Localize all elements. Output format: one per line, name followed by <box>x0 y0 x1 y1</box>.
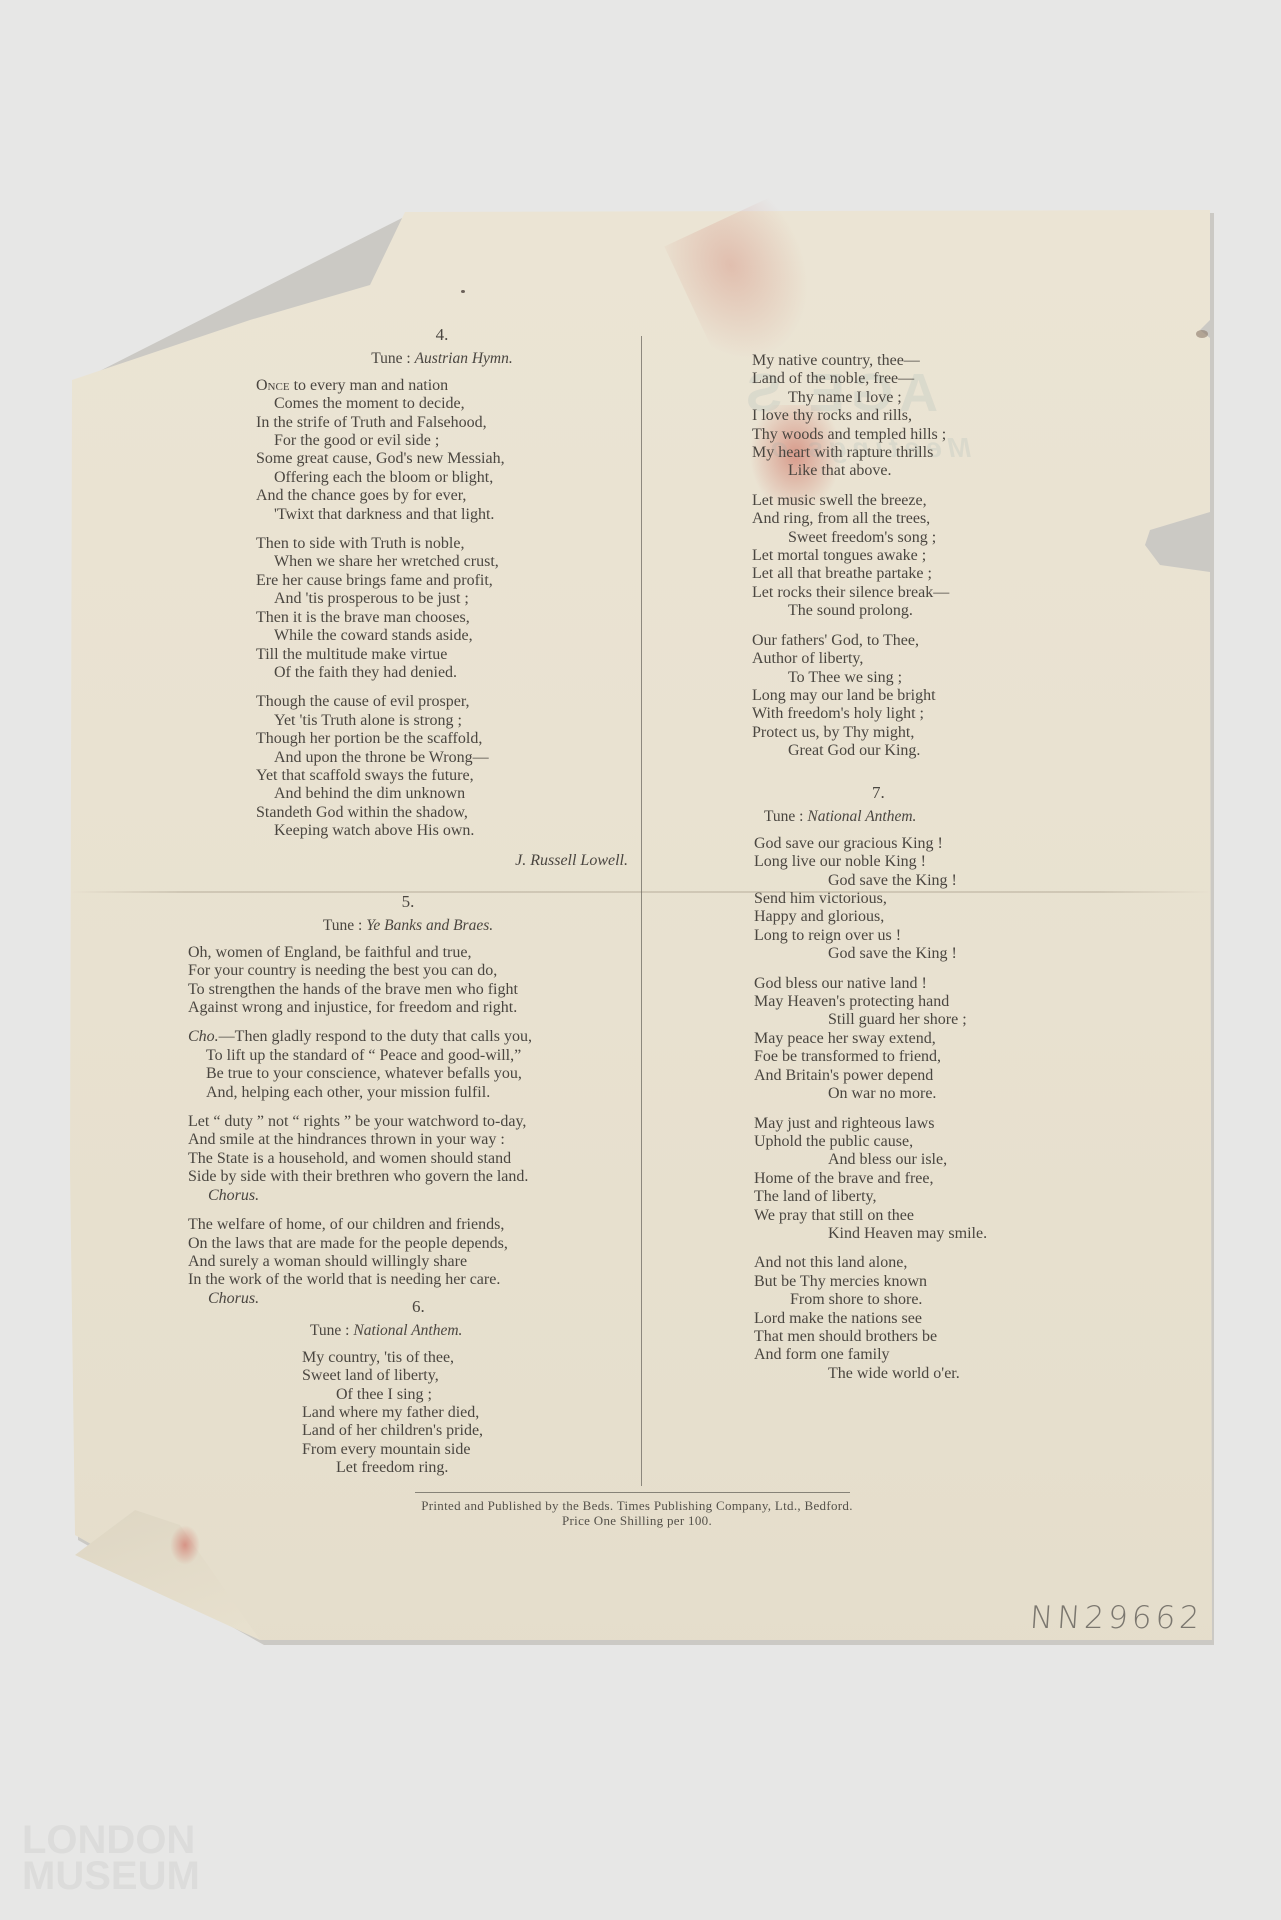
verse-line: God save the King ! <box>754 945 1054 963</box>
verse-line: Let “ duty ” not “ rights ” be your watc… <box>188 1113 628 1131</box>
verse-line: May just and righteous laws <box>754 1115 1054 1133</box>
verse-line: And upon the throne be Wrong— <box>256 749 628 767</box>
verse-line: Be true to your conscience, whatever bef… <box>188 1065 628 1083</box>
verse-line: In the work of the world that is needing… <box>188 1271 628 1289</box>
verse-line: My country, 'tis of thee, <box>302 1349 602 1367</box>
verse-line: With freedom's holy light ; <box>752 705 1052 723</box>
verse-line: Long to reign over us ! <box>754 927 1054 945</box>
tune-name: National Anthem. <box>807 808 916 825</box>
stanza: The welfare of home, of our children and… <box>188 1216 628 1308</box>
verse-line: Let freedom ring. <box>302 1459 602 1477</box>
stanza: Cho.—Then gladly respond to the duty tha… <box>188 1028 628 1102</box>
verse-line: Lord make the nations see <box>754 1310 1054 1328</box>
verse-line: May peace her sway extend, <box>754 1030 1054 1048</box>
imprint-publisher: Printed and Published by the Beds. Times… <box>352 1498 922 1513</box>
verse-line: Then to side with Truth is noble, <box>256 535 628 553</box>
verse-line: God bless our native land ! <box>754 975 1054 993</box>
song-7-stanzas: God save our gracious King !Long live ou… <box>754 835 1054 1383</box>
verse-line: Then it is the brave man chooses, <box>256 609 628 627</box>
verse-line: On the laws that are made for the people… <box>188 1235 628 1253</box>
verse-line: We pray that still on thee <box>754 1207 1054 1225</box>
stanza: Let music swell the breeze,And ring, fro… <box>752 492 1052 621</box>
stanza: And not this land alone,But be Thy merci… <box>754 1254 1054 1383</box>
verse-line: Let rocks their silence break— <box>752 584 1052 602</box>
pin-hole <box>1196 330 1208 338</box>
song-4: 4. Tune : Austrian Hymn. Once to every m… <box>256 326 628 870</box>
verse-line: But be Thy mercies known <box>754 1273 1054 1291</box>
verse-line: Let all that breathe partake ; <box>752 565 1052 583</box>
watermark-line-2: MUSEUM <box>22 1858 200 1894</box>
song-6-stanzas-left: My country, 'tis of thee,Sweet land of l… <box>302 1349 602 1478</box>
verse-line: Offering each the bloom or blight, <box>256 469 628 487</box>
verse-line: I love thy rocks and rills, <box>752 407 1052 425</box>
tune-name: Ye Banks and Braes. <box>366 917 493 934</box>
verse-line: From every mountain side <box>302 1441 602 1459</box>
verse-line: Our fathers' God, to Thee, <box>752 632 1052 650</box>
verse-line: And bless our isle, <box>754 1151 1054 1169</box>
verse-line: Chorus. <box>188 1187 628 1205</box>
verse-line: Standeth God within the shadow, <box>256 804 628 822</box>
song-4-stanzas: Once to every man and nationComes the mo… <box>256 377 628 841</box>
verse-line: In the strife of Truth and Falsehood, <box>256 414 628 432</box>
verse-line: On war no more. <box>754 1085 1054 1103</box>
verse-line: Like that above. <box>752 462 1052 480</box>
verse-line: Against wrong and injustice, for freedom… <box>188 999 628 1017</box>
verse-line: That men should brothers be <box>754 1328 1054 1346</box>
verse-line: My native country, thee— <box>752 352 1052 370</box>
stanza: Let “ duty ” not “ rights ” be your watc… <box>188 1113 628 1205</box>
song-7: 7. Tune : National Anthem. God save our … <box>754 784 1054 1394</box>
verse-line: My heart with rapture thrills <box>752 444 1052 462</box>
verse-line: Land where my father died, <box>302 1404 602 1422</box>
verse-line: When we share her wretched crust, <box>256 553 628 571</box>
red-stain-corner <box>170 1525 200 1565</box>
verse-line: Though the cause of evil prosper, <box>256 693 628 711</box>
verse-line: God save our gracious King ! <box>754 835 1054 853</box>
verse-line: Thy woods and templed hills ; <box>752 426 1052 444</box>
verse-line: Let music swell the breeze, <box>752 492 1052 510</box>
tune-line: Tune : Austrian Hymn. <box>256 350 628 368</box>
tune-label: Tune : <box>323 917 362 934</box>
song-author: J. Russell Lowell. <box>256 852 628 870</box>
verse-line: The State is a household, and women shou… <box>188 1150 628 1168</box>
stanza: My native country, thee—Land of the nobl… <box>752 352 1052 481</box>
verse-line: And ring, from all the trees, <box>752 510 1052 528</box>
verse-line: Great God our King. <box>752 742 1052 760</box>
stanza: God save our gracious King !Long live ou… <box>754 835 1054 964</box>
footer-rule <box>415 1492 850 1493</box>
verse-line: Let mortal tongues awake ; <box>752 547 1052 565</box>
verse-line: Long may our land be bright <box>752 687 1052 705</box>
verse-line: The welfare of home, of our children and… <box>188 1216 628 1234</box>
tune-line: Tune : National Anthem. <box>754 808 1054 826</box>
verse-line: Yet that scaffold sways the future, <box>256 767 628 785</box>
verse-line: God save the King ! <box>754 872 1054 890</box>
tune-label: Tune : <box>371 350 410 367</box>
verse-line: Till the multitude make virtue <box>256 646 628 664</box>
verse-line: Sweet freedom's song ; <box>752 529 1052 547</box>
stanza: Our fathers' God, to Thee,Author of libe… <box>752 632 1052 761</box>
verse-line: From shore to shore. <box>754 1291 1054 1309</box>
imprint-price: Price One Shilling per 100. <box>352 1513 922 1528</box>
verse-line: Kind Heaven may smile. <box>754 1225 1054 1243</box>
song-number: 7. <box>754 784 1054 802</box>
verse-line: Of thee I sing ; <box>302 1386 602 1404</box>
london-museum-watermark: LONDON MUSEUM <box>22 1822 200 1894</box>
verse-line: 'Twixt that darkness and that light. <box>256 506 628 524</box>
verse-line: For the good or evil side ; <box>256 432 628 450</box>
verse-line: Once to every man and nation <box>256 377 628 395</box>
song-6: 6. Tune : National Anthem. My country, '… <box>302 1298 602 1489</box>
stanza: Though the cause of evil prosper,Yet 'ti… <box>256 693 628 840</box>
verse-line: Foe be transformed to friend, <box>754 1048 1054 1066</box>
verse-line: To strengthen the hands of the brave men… <box>188 981 628 999</box>
verse-line: Home of the brave and free, <box>754 1170 1054 1188</box>
verse-line: And 'tis prosperous to be just ; <box>256 590 628 608</box>
verse-line: Cho.—Then gladly respond to the duty tha… <box>188 1028 628 1046</box>
tune-name: National Anthem. <box>353 1322 462 1339</box>
verse-line: Comes the moment to decide, <box>256 395 628 413</box>
verse-line: Still guard her shore ; <box>754 1011 1054 1029</box>
column-divider <box>641 336 642 1486</box>
stanza: Once to every man and nationComes the mo… <box>256 377 628 524</box>
song-5: 5. Tune : Ye Banks and Braes. Oh, women … <box>188 893 628 1319</box>
verse-line: And smile at the hindrances thrown in yo… <box>188 1131 628 1149</box>
verse-line: The wide world o'er. <box>754 1365 1054 1383</box>
song-6-continued: My native country, thee—Land of the nobl… <box>752 352 1052 772</box>
verse-line: The land of liberty, <box>754 1188 1054 1206</box>
verse-line: And surely a woman should willingly shar… <box>188 1253 628 1271</box>
song-number: 6. <box>302 1298 602 1316</box>
verse-line: Keeping watch above His own. <box>256 822 628 840</box>
printer-imprint: Printed and Published by the Beds. Times… <box>352 1498 922 1528</box>
song-5-stanzas: Oh, women of England, be faithful and tr… <box>188 944 628 1308</box>
verse-line: Some great cause, God's new Messiah, <box>256 450 628 468</box>
verse-line: To Thee we sing ; <box>752 669 1052 687</box>
stanza: May just and righteous lawsUphold the pu… <box>754 1115 1054 1244</box>
stanza: Then to side with Truth is noble,When we… <box>256 535 628 682</box>
tune-label: Tune : <box>764 808 803 825</box>
tune-name: Austrian Hymn. <box>415 350 513 367</box>
verse-line: Send him victorious, <box>754 890 1054 908</box>
tune-label: Tune : <box>310 1322 349 1339</box>
verse-line: For your country is needing the best you… <box>188 962 628 980</box>
ink-speck <box>461 290 465 293</box>
verse-line: May Heaven's protecting hand <box>754 993 1054 1011</box>
verse-line: And Britain's power depend <box>754 1067 1054 1085</box>
verse-line: And form one family <box>754 1346 1054 1364</box>
song-number: 4. <box>256 326 628 344</box>
song-6-stanzas-right: My native country, thee—Land of the nobl… <box>752 352 1052 761</box>
verse-line: While the coward stands aside, <box>256 627 628 645</box>
verse-line: And not this land alone, <box>754 1254 1054 1272</box>
verse-line: And, helping each other, your mission fu… <box>188 1084 628 1102</box>
verse-line: Uphold the public cause, <box>754 1133 1054 1151</box>
verse-line: To lift up the standard of “ Peace and g… <box>188 1047 628 1065</box>
verse-line: Land of her children's pride, <box>302 1422 602 1440</box>
catalog-number-handwritten: NN29662 <box>1029 1600 1205 1636</box>
verse-line: Ere her cause brings fame and profit, <box>256 572 628 590</box>
verse-line: Of the faith they had denied. <box>256 664 628 682</box>
verse-line: Oh, women of England, be faithful and tr… <box>188 944 628 962</box>
verse-line: Happy and glorious, <box>754 908 1054 926</box>
verse-line: Yet 'tis Truth alone is strong ; <box>256 712 628 730</box>
verse-line: Thy name I love ; <box>752 389 1052 407</box>
verse-line: Author of liberty, <box>752 650 1052 668</box>
verse-line: Protect us, by Thy might, <box>752 724 1052 742</box>
verse-line: Though her portion be the scaffold, <box>256 730 628 748</box>
verse-line: Land of the noble, free— <box>752 370 1052 388</box>
stanza: My country, 'tis of thee,Sweet land of l… <box>302 1349 602 1478</box>
tune-line: Tune : Ye Banks and Braes. <box>188 917 628 935</box>
tune-line: Tune : National Anthem. <box>302 1322 602 1340</box>
verse-line: The sound prolong. <box>752 602 1052 620</box>
watermark-line-1: LONDON <box>22 1822 200 1858</box>
verse-line: Side by side with their brethren who gov… <box>188 1168 628 1186</box>
song-number: 5. <box>188 893 628 911</box>
stanza: Oh, women of England, be faithful and tr… <box>188 944 628 1018</box>
verse-line: Long live our noble King ! <box>754 853 1054 871</box>
verse-line: And the chance goes by for ever, <box>256 487 628 505</box>
verse-line: Sweet land of liberty, <box>302 1367 602 1385</box>
verse-line: And behind the dim unknown <box>256 785 628 803</box>
stanza: God bless our native land !May Heaven's … <box>754 975 1054 1104</box>
